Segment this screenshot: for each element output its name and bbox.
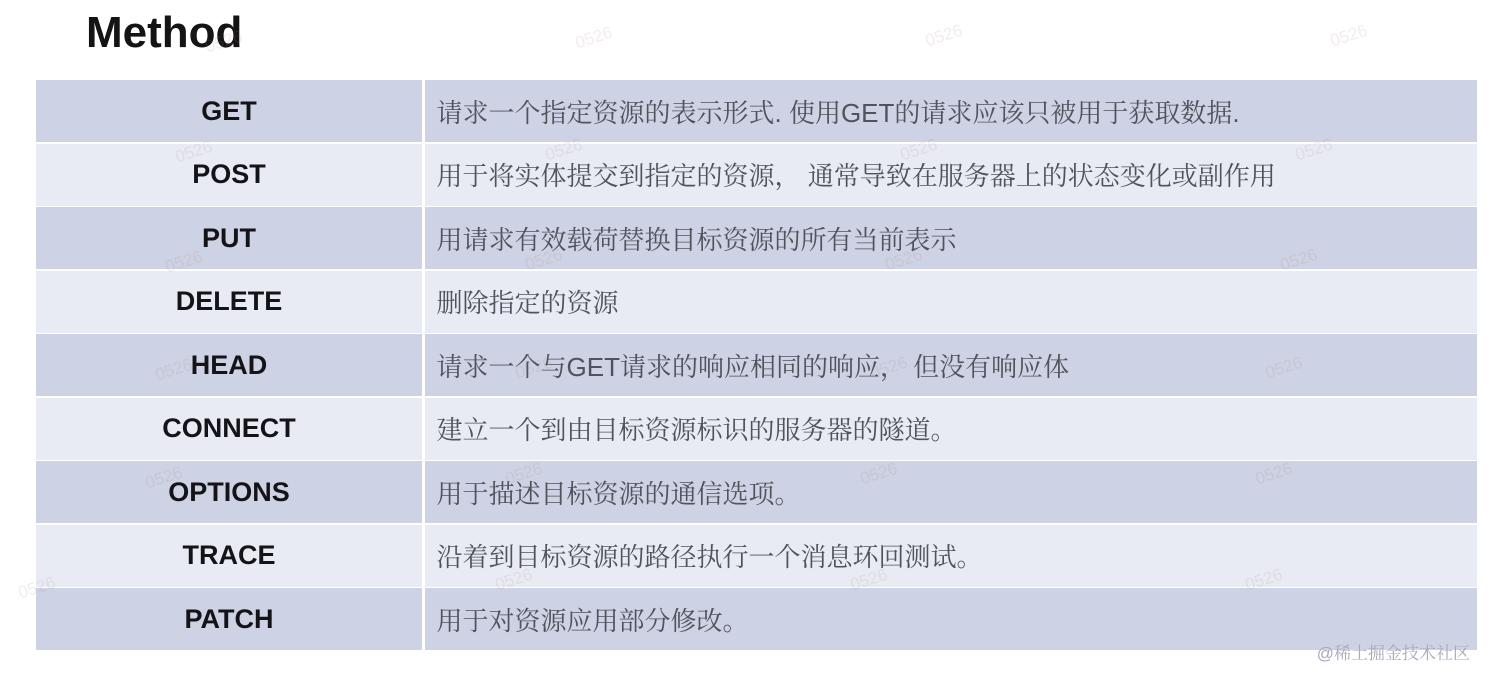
watermark-corner: @稀土掘金技术社区 <box>1317 639 1470 664</box>
description-cell: 用于将实体提交到指定的资源， 通常导致在服务器上的状态变化或副作用 <box>425 144 1478 206</box>
method-cell: GET <box>36 80 422 142</box>
method-cell: OPTIONS <box>36 461 422 523</box>
description-cell: 请求一个指定资源的表示形式. 使用GET的请求应该只被用于获取数据. <box>425 80 1478 142</box>
table-row: POST 用于将实体提交到指定的资源， 通常导致在服务器上的状态变化或副作用 <box>36 144 1477 206</box>
method-cell: DELETE <box>36 271 422 333</box>
watermark-tile: 0526 <box>573 23 615 54</box>
page-title: Method <box>86 8 242 58</box>
description-cell: 用请求有效载荷替换目标资源的所有当前表示 <box>425 207 1478 269</box>
table-row: CONNECT 建立一个到由目标资源标识的服务器的隧道。 <box>36 398 1477 460</box>
method-cell: POST <box>36 144 422 206</box>
method-cell: PATCH <box>36 588 422 650</box>
table-row: PATCH 用于对资源应用部分修改。 <box>36 588 1477 650</box>
table-row: HEAD 请求一个与GET请求的响应相同的响应， 但没有响应体 <box>36 334 1477 396</box>
method-cell: TRACE <box>36 525 422 587</box>
method-cell: HEAD <box>36 334 422 396</box>
table-row: TRACE 沿着到目标资源的路径执行一个消息环回测试。 <box>36 525 1477 587</box>
description-cell: 建立一个到由目标资源标识的服务器的隧道。 <box>425 398 1478 460</box>
description-cell: 沿着到目标资源的路径执行一个消息环回测试。 <box>425 525 1478 587</box>
description-cell: 用于描述目标资源的通信选项。 <box>425 461 1478 523</box>
http-methods-table: GET 请求一个指定资源的表示形式. 使用GET的请求应该只被用于获取数据. P… <box>36 80 1477 650</box>
table-row: GET 请求一个指定资源的表示形式. 使用GET的请求应该只被用于获取数据. <box>36 80 1477 142</box>
description-cell: 删除指定的资源 <box>425 271 1478 333</box>
method-cell: CONNECT <box>36 398 422 460</box>
table-row: DELETE 删除指定的资源 <box>36 271 1477 333</box>
method-cell: PUT <box>36 207 422 269</box>
table-row: PUT 用请求有效载荷替换目标资源的所有当前表示 <box>36 207 1477 269</box>
watermark-tile: 0526 <box>1328 21 1370 52</box>
table-row: OPTIONS 用于描述目标资源的通信选项。 <box>36 461 1477 523</box>
watermark-tile: 0526 <box>923 21 965 52</box>
description-cell: 请求一个与GET请求的响应相同的响应， 但没有响应体 <box>425 334 1478 396</box>
